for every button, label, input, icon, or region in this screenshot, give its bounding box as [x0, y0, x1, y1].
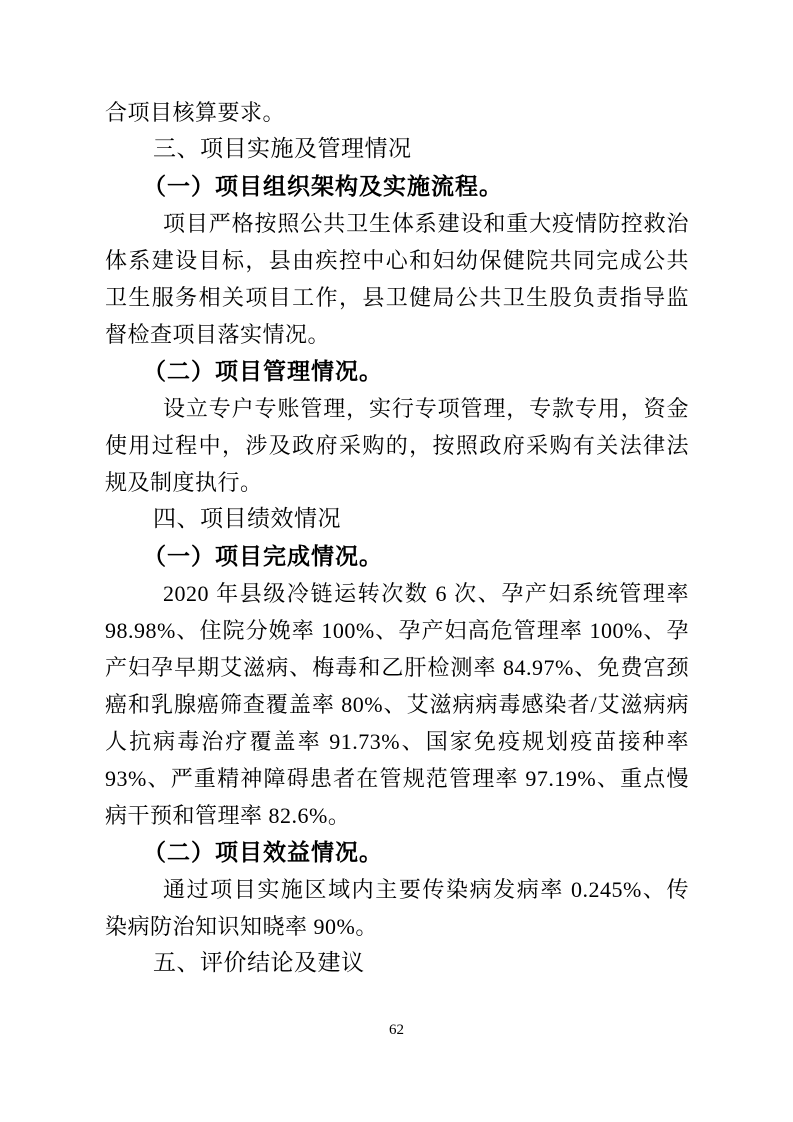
paragraph-org-structure: 项目严格按照公共卫生体系建设和重大疫情防控救治体系建设目标，县由疾控中心和妇幼保… — [105, 205, 689, 353]
subsection-heading-project-management: （二）项目管理情况。 — [105, 353, 689, 390]
section-heading-project-implementation: 三、项目实施及管理情况 — [105, 131, 689, 168]
paragraph-continuation: 合项目核算要求。 — [105, 94, 689, 131]
subsection-heading-project-benefit: （二）项目效益情况。 — [105, 834, 689, 871]
document-page: 合项目核算要求。 三、项目实施及管理情况 （一）项目组织架构及实施流程。 项目严… — [0, 0, 793, 1122]
subsection-heading-org-structure: （一）项目组织架构及实施流程。 — [105, 168, 689, 205]
paragraph-project-benefit: 通过项目实施区域内主要传染病发病率 0.245%、传染病防治知识知晓率 90%。 — [105, 871, 689, 945]
section-heading-project-performance: 四、项目绩效情况 — [105, 501, 689, 538]
paragraph-project-completion: 2020 年县级冷链运转次数 6 次、孕产妇系统管理率 98.98%、住院分娩率… — [105, 575, 689, 834]
section-heading-conclusion: 五、评价结论及建议 — [105, 945, 689, 982]
paragraph-project-management: 设立专户专账管理，实行专项管理，专款专用，资金使用过程中，涉及政府采购的，按照政… — [105, 390, 689, 501]
page-number: 62 — [0, 1022, 793, 1039]
document-body: 合项目核算要求。 三、项目实施及管理情况 （一）项目组织架构及实施流程。 项目严… — [105, 94, 689, 982]
subsection-heading-project-completion: （一）项目完成情况。 — [105, 538, 689, 575]
